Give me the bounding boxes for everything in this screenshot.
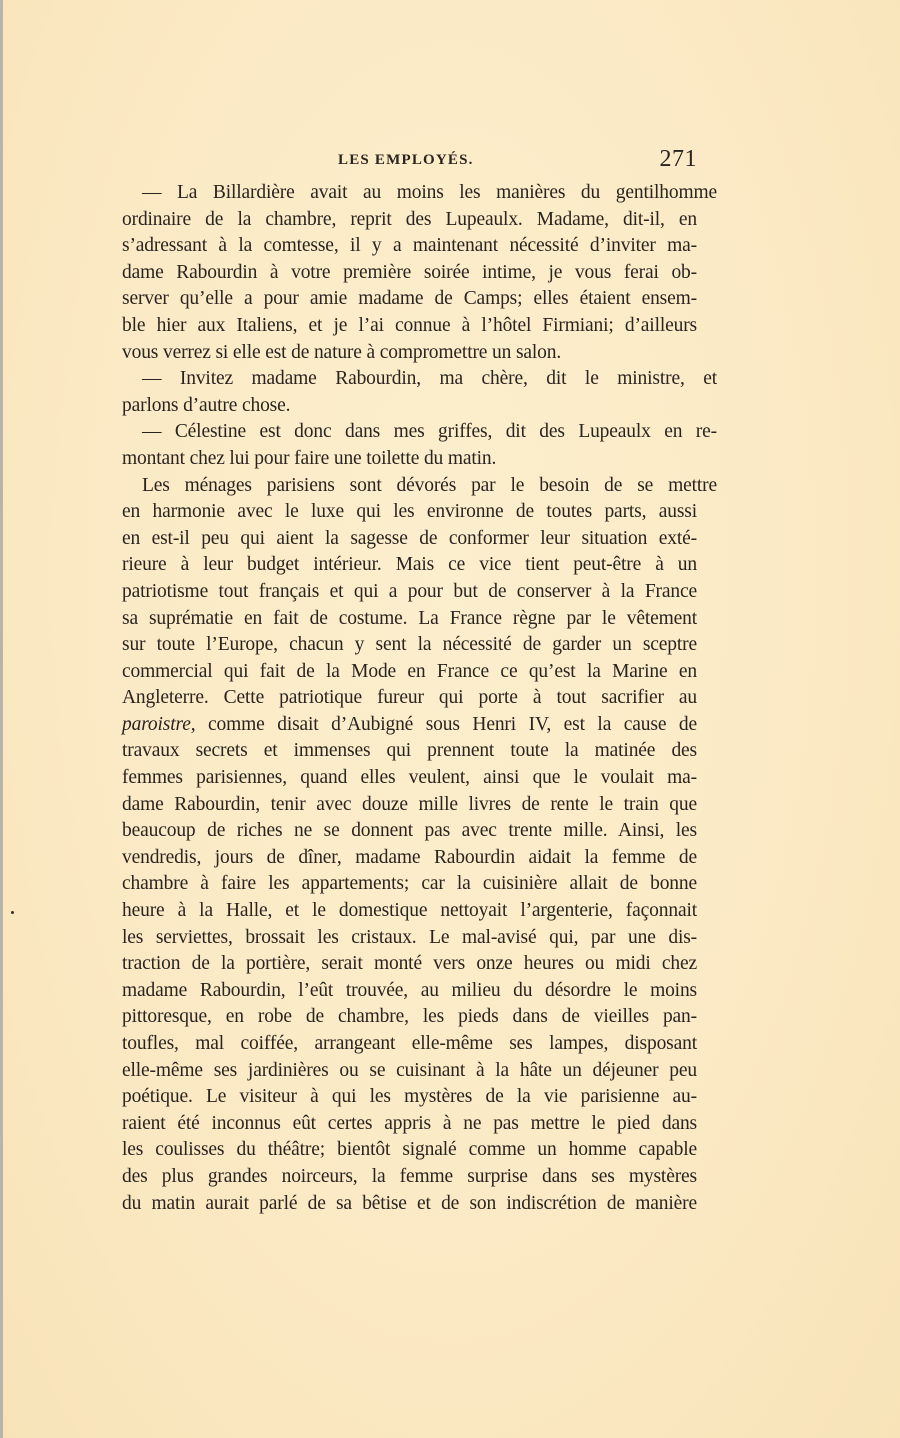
text-line: poétique. Le visiteur à qui les mystères…	[122, 1084, 697, 1111]
text-line: sur toute l’Europe, chacun y sent la néc…	[122, 632, 697, 659]
text-line: vendredis, jours de dîner, madame Rabour…	[122, 845, 697, 872]
text-line: Les ménages parisiens sont dévorés par l…	[122, 473, 717, 500]
text-line: raient été inconnus eût certes appris à …	[122, 1111, 697, 1138]
text-line: en harmonie avec le luxe qui les environ…	[122, 499, 697, 526]
text-line: des plus grandes noirceurs, la femme sur…	[122, 1164, 697, 1191]
text-line: patriotisme tout français et qui a pour …	[122, 579, 697, 606]
text-line: les serviettes, brossait les cristaux. L…	[122, 925, 697, 952]
text-line: Angleterre. Cette patriotique fureur qui…	[122, 685, 697, 712]
text-line: s’adressant à la comtesse, il y a mainte…	[122, 233, 697, 260]
text-line: du matin aurait parlé de sa bêtise et de…	[122, 1191, 697, 1218]
text-line: traction de la portière, serait monté ve…	[122, 951, 697, 978]
text-line: toufles, mal coiffée, arrangeant elle-mê…	[122, 1031, 697, 1058]
text-line: parlons d’autre chose.	[122, 393, 697, 420]
text-line: elle-même ses jardinières ou se cuisinan…	[122, 1058, 697, 1085]
text-line: en est-il peu qui aient la sagesse de co…	[122, 526, 697, 553]
text-line: les coulisses du théâtre; bientôt signal…	[122, 1137, 697, 1164]
text-line: ordinaire de la chambre, reprit des Lupe…	[122, 207, 697, 234]
body-text: — La Billardière avait au moins les mani…	[122, 180, 697, 1217]
text-line: ble hier aux Italiens, et je l’ai connue…	[122, 313, 697, 340]
line-text: comme disait d’Aubigné sous Henri IV, es…	[195, 714, 697, 735]
text-line: chambre à faire les appartements; car la…	[122, 871, 697, 898]
italic-word: paroistre,	[122, 714, 195, 735]
running-head: LES EMPLOYÉS. 271	[122, 146, 697, 176]
text-line: beaucoup de riches ne se donnent pas ave…	[122, 818, 697, 845]
text-line: commercial qui fait de la Mode en France…	[122, 659, 697, 686]
text-line: server qu’elle a pour amie madame de Cam…	[122, 286, 697, 313]
text-line: dame Rabourdin, tenir avec douze mille l…	[122, 792, 697, 819]
text-line: heure à la Halle, et le domestique netto…	[122, 898, 697, 925]
book-page: LES EMPLOYÉS. 271 — La Billardière avait…	[0, 0, 900, 1438]
text-line: femmes parisiennes, quand elles veulent,…	[122, 765, 697, 792]
paper-speck	[11, 911, 14, 914]
text-line: paroistre, comme disait d’Aubigné sous H…	[122, 712, 697, 739]
text-line: madame Rabourdin, l’eût trouvée, au mili…	[122, 978, 697, 1005]
page-number: 271	[660, 146, 698, 173]
text-line: — La Billardière avait au moins les mani…	[122, 180, 717, 207]
running-title: LES EMPLOYÉS.	[338, 152, 474, 169]
text-line: rieure à leur budget intérieur. Mais ce …	[122, 552, 697, 579]
scan-edge	[0, 0, 3, 1438]
text-line: — Invitez madame Rabourdin, ma chère, di…	[122, 366, 717, 393]
text-line: travaux secrets et immenses qui prennent…	[122, 738, 697, 765]
text-line: vous verrez si elle est de nature à comp…	[122, 340, 697, 367]
text-line: dame Rabourdin à votre première soirée i…	[122, 260, 697, 287]
text-line: montant chez lui pour faire une toilette…	[122, 446, 697, 473]
text-line: sa suprématie en fait de costume. La Fra…	[122, 606, 697, 633]
text-line: pittoresque, en robe de chambre, les pie…	[122, 1004, 697, 1031]
text-line: — Célestine est donc dans mes griffes, d…	[122, 419, 717, 446]
